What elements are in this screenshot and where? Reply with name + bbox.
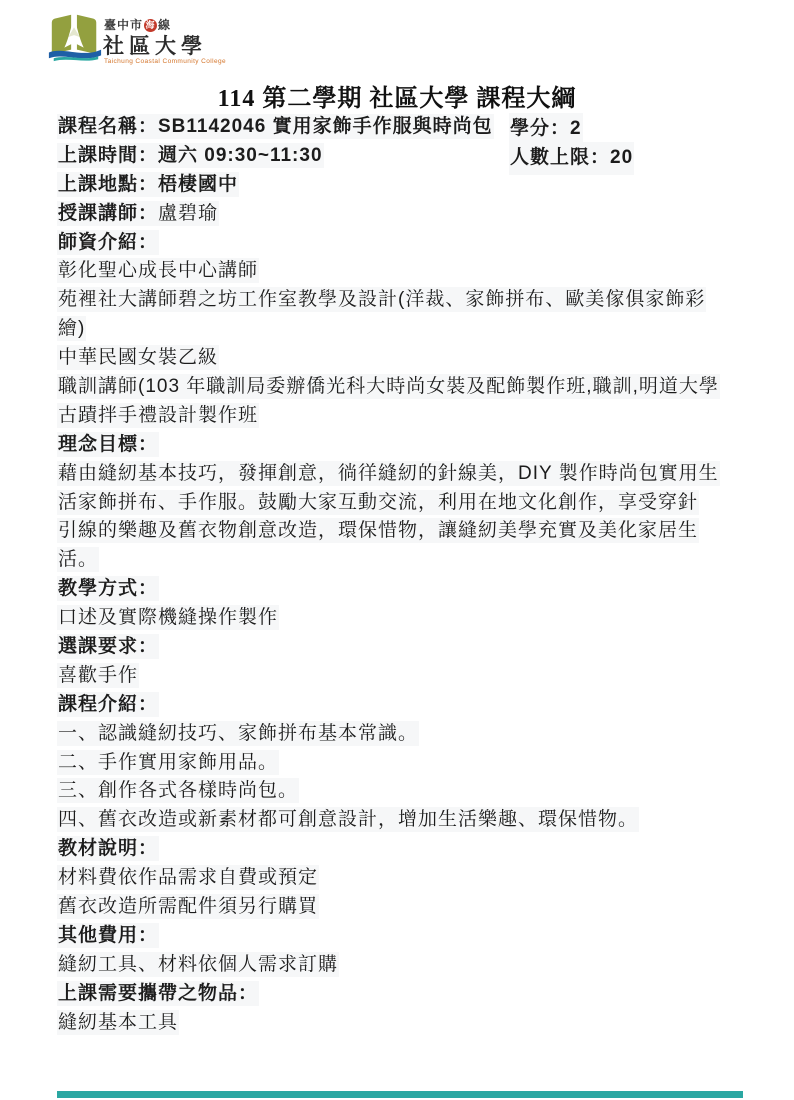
line-label: 理念目標： (58, 434, 158, 455)
line-label: 選課要求： (58, 636, 158, 657)
line-text: 盧碧瑜 (158, 203, 218, 224)
logo-english-name: Taichung Coastal Community College (104, 58, 226, 65)
logo-school-name: 社區大學 (103, 30, 207, 60)
content-line: 二、手作實用家飾用品。 (57, 749, 743, 778)
line-label: 其他費用： (58, 925, 158, 946)
line-label: 上課需要攜帶之物品： (58, 983, 258, 1004)
content-line: 三、創作各式各樣時尚包。 (57, 777, 743, 806)
line-text: 活。 (58, 549, 98, 570)
content-line: 課程名稱：SB1142046 實用家飾手作服與時尚包 學分：2 (57, 113, 743, 142)
content-line: 苑裡社大講師碧之坊工作室教學及設計(洋裁、家飾拼布、歐美傢俱家飾彩 (57, 286, 743, 315)
line-text: 口述及實際機縫操作製作 (58, 607, 278, 628)
line-text: 縫紉基本工具 (58, 1012, 178, 1033)
line-text: 苑裡社大講師碧之坊工作室教學及設計(洋裁、家飾拼布、歐美傢俱家飾彩 (58, 289, 705, 310)
course-outline-page: 臺中市海線 社區大學 Taichung Coastal Community Co… (0, 0, 794, 1100)
line-label: 師資介紹： (58, 232, 158, 253)
line-text: 喜歡手作 (58, 665, 138, 686)
content-line: 彰化聖心成長中心講師 (57, 257, 743, 286)
content-line: 授課講師：盧碧瑜 (57, 200, 743, 229)
content-line: 引線的樂趣及舊衣物創意改造，環保惜物，讓縫紉美學充實及美化家居生 (57, 517, 743, 546)
content-line: 中華民國女裝乙級 (57, 344, 743, 373)
course-content: 課程名稱：SB1142046 實用家飾手作服與時尚包 學分：2 上課時間：週六 … (57, 113, 743, 1038)
content-line: 職訓講師(103 年職訓局委辦僑光科大時尚女裝及配飾製作班,職訓,明道大學 (57, 373, 743, 402)
content-line: 一、認識縫紉技巧、家飾拼布基本常識。 (57, 720, 743, 749)
content-line: 上課地點：梧棲國中 (57, 171, 743, 200)
line-label: 教學方式： (58, 578, 158, 599)
line-label: 課程介紹： (58, 694, 158, 715)
line-label: 授課講師： (58, 203, 158, 224)
line-text: 四、舊衣改造或新素材都可創意設計，增加生活樂趣、環保惜物。 (58, 809, 638, 830)
content-line: 繪) (57, 315, 743, 344)
line-text: 藉由縫紉基本技巧，發揮創意，徜徉縫紉的針線美，DIY 製作時尚包實用生 (58, 463, 719, 484)
content-line: 活家飾拼布、手作服。鼓勵大家互動交流，利用在地文化創作，享受穿針 (57, 489, 743, 518)
content-line: 舊衣改造所需配件須另行購買 (57, 893, 743, 922)
content-line: 活。 (57, 546, 743, 575)
line-text: 職訓講師(103 年職訓局委辦僑光科大時尚女裝及配飾製作班,職訓,明道大學 (58, 376, 719, 397)
content-line: 縫紉基本工具 (57, 1009, 743, 1038)
content-line: 教材說明： (57, 835, 743, 864)
line-text: 舊衣改造所需配件須另行購買 (58, 896, 318, 917)
content-line: 選課要求： (57, 633, 743, 662)
line-text: 中華民國女裝乙級 (58, 347, 218, 368)
line-label: 上課地點：梧棲國中 (58, 174, 238, 195)
content-line: 其他費用： (57, 922, 743, 951)
line-text: 一、認識縫紉技巧、家飾拼布基本常識。 (58, 723, 418, 744)
content-line: 教學方式： (57, 575, 743, 604)
content-line: 古蹟拌手禮設計製作班 (57, 402, 743, 431)
line-text: 古蹟拌手禮設計製作班 (58, 405, 258, 426)
content-line: 喜歡手作 (57, 662, 743, 691)
content-line: 上課需要攜帶之物品： (57, 980, 743, 1009)
line-text: 三、創作各式各樣時尚包。 (58, 780, 298, 801)
content-line: 材料費依作品需求自費或預定 (57, 864, 743, 893)
line-label: 課程名稱：SB1142046 實用家飾手作服與時尚包 (58, 116, 493, 137)
content-line: 上課時間：週六 09:30~11:30 人數上限：20 (57, 142, 743, 171)
line-text: 繪) (58, 318, 85, 339)
line-text: 縫紉工具、材料依個人需求訂購 (58, 954, 338, 975)
line-text: 二、手作實用家飾用品。 (58, 752, 278, 773)
line-text: 引線的樂趣及舊衣物創意改造，環保惜物，讓縫紉美學充實及美化家居生 (58, 520, 698, 541)
open-book-dove-icon (46, 8, 104, 66)
content-line: 師資介紹： (57, 229, 743, 258)
school-logo: 臺中市海線 社區大學 Taichung Coastal Community Co… (46, 6, 246, 72)
footer-rule (57, 1091, 743, 1098)
line-label: 上課時間：週六 09:30~11:30 (58, 145, 323, 166)
line-text: 活家飾拼布、手作服。鼓勵大家互動交流，利用在地文化創作，享受穿針 (58, 492, 698, 513)
line-text: 彰化聖心成長中心講師 (58, 260, 258, 281)
content-line: 課程介紹： (57, 691, 743, 720)
page-title: 114 第二學期 社區大學 課程大綱 (0, 78, 794, 113)
content-line: 縫紉工具、材料依個人需求訂購 (57, 951, 743, 980)
content-line: 四、舊衣改造或新素材都可創意設計，增加生活樂趣、環保惜物。 (57, 806, 743, 835)
line-label: 教材說明： (58, 838, 158, 859)
content-line: 理念目標： (57, 431, 743, 460)
content-line: 口述及實際機縫操作製作 (57, 604, 743, 633)
content-line: 藉由縫紉基本技巧，發揮創意，徜徉縫紉的針線美，DIY 製作時尚包實用生 (57, 460, 743, 489)
line-text: 材料費依作品需求自費或預定 (58, 867, 318, 888)
